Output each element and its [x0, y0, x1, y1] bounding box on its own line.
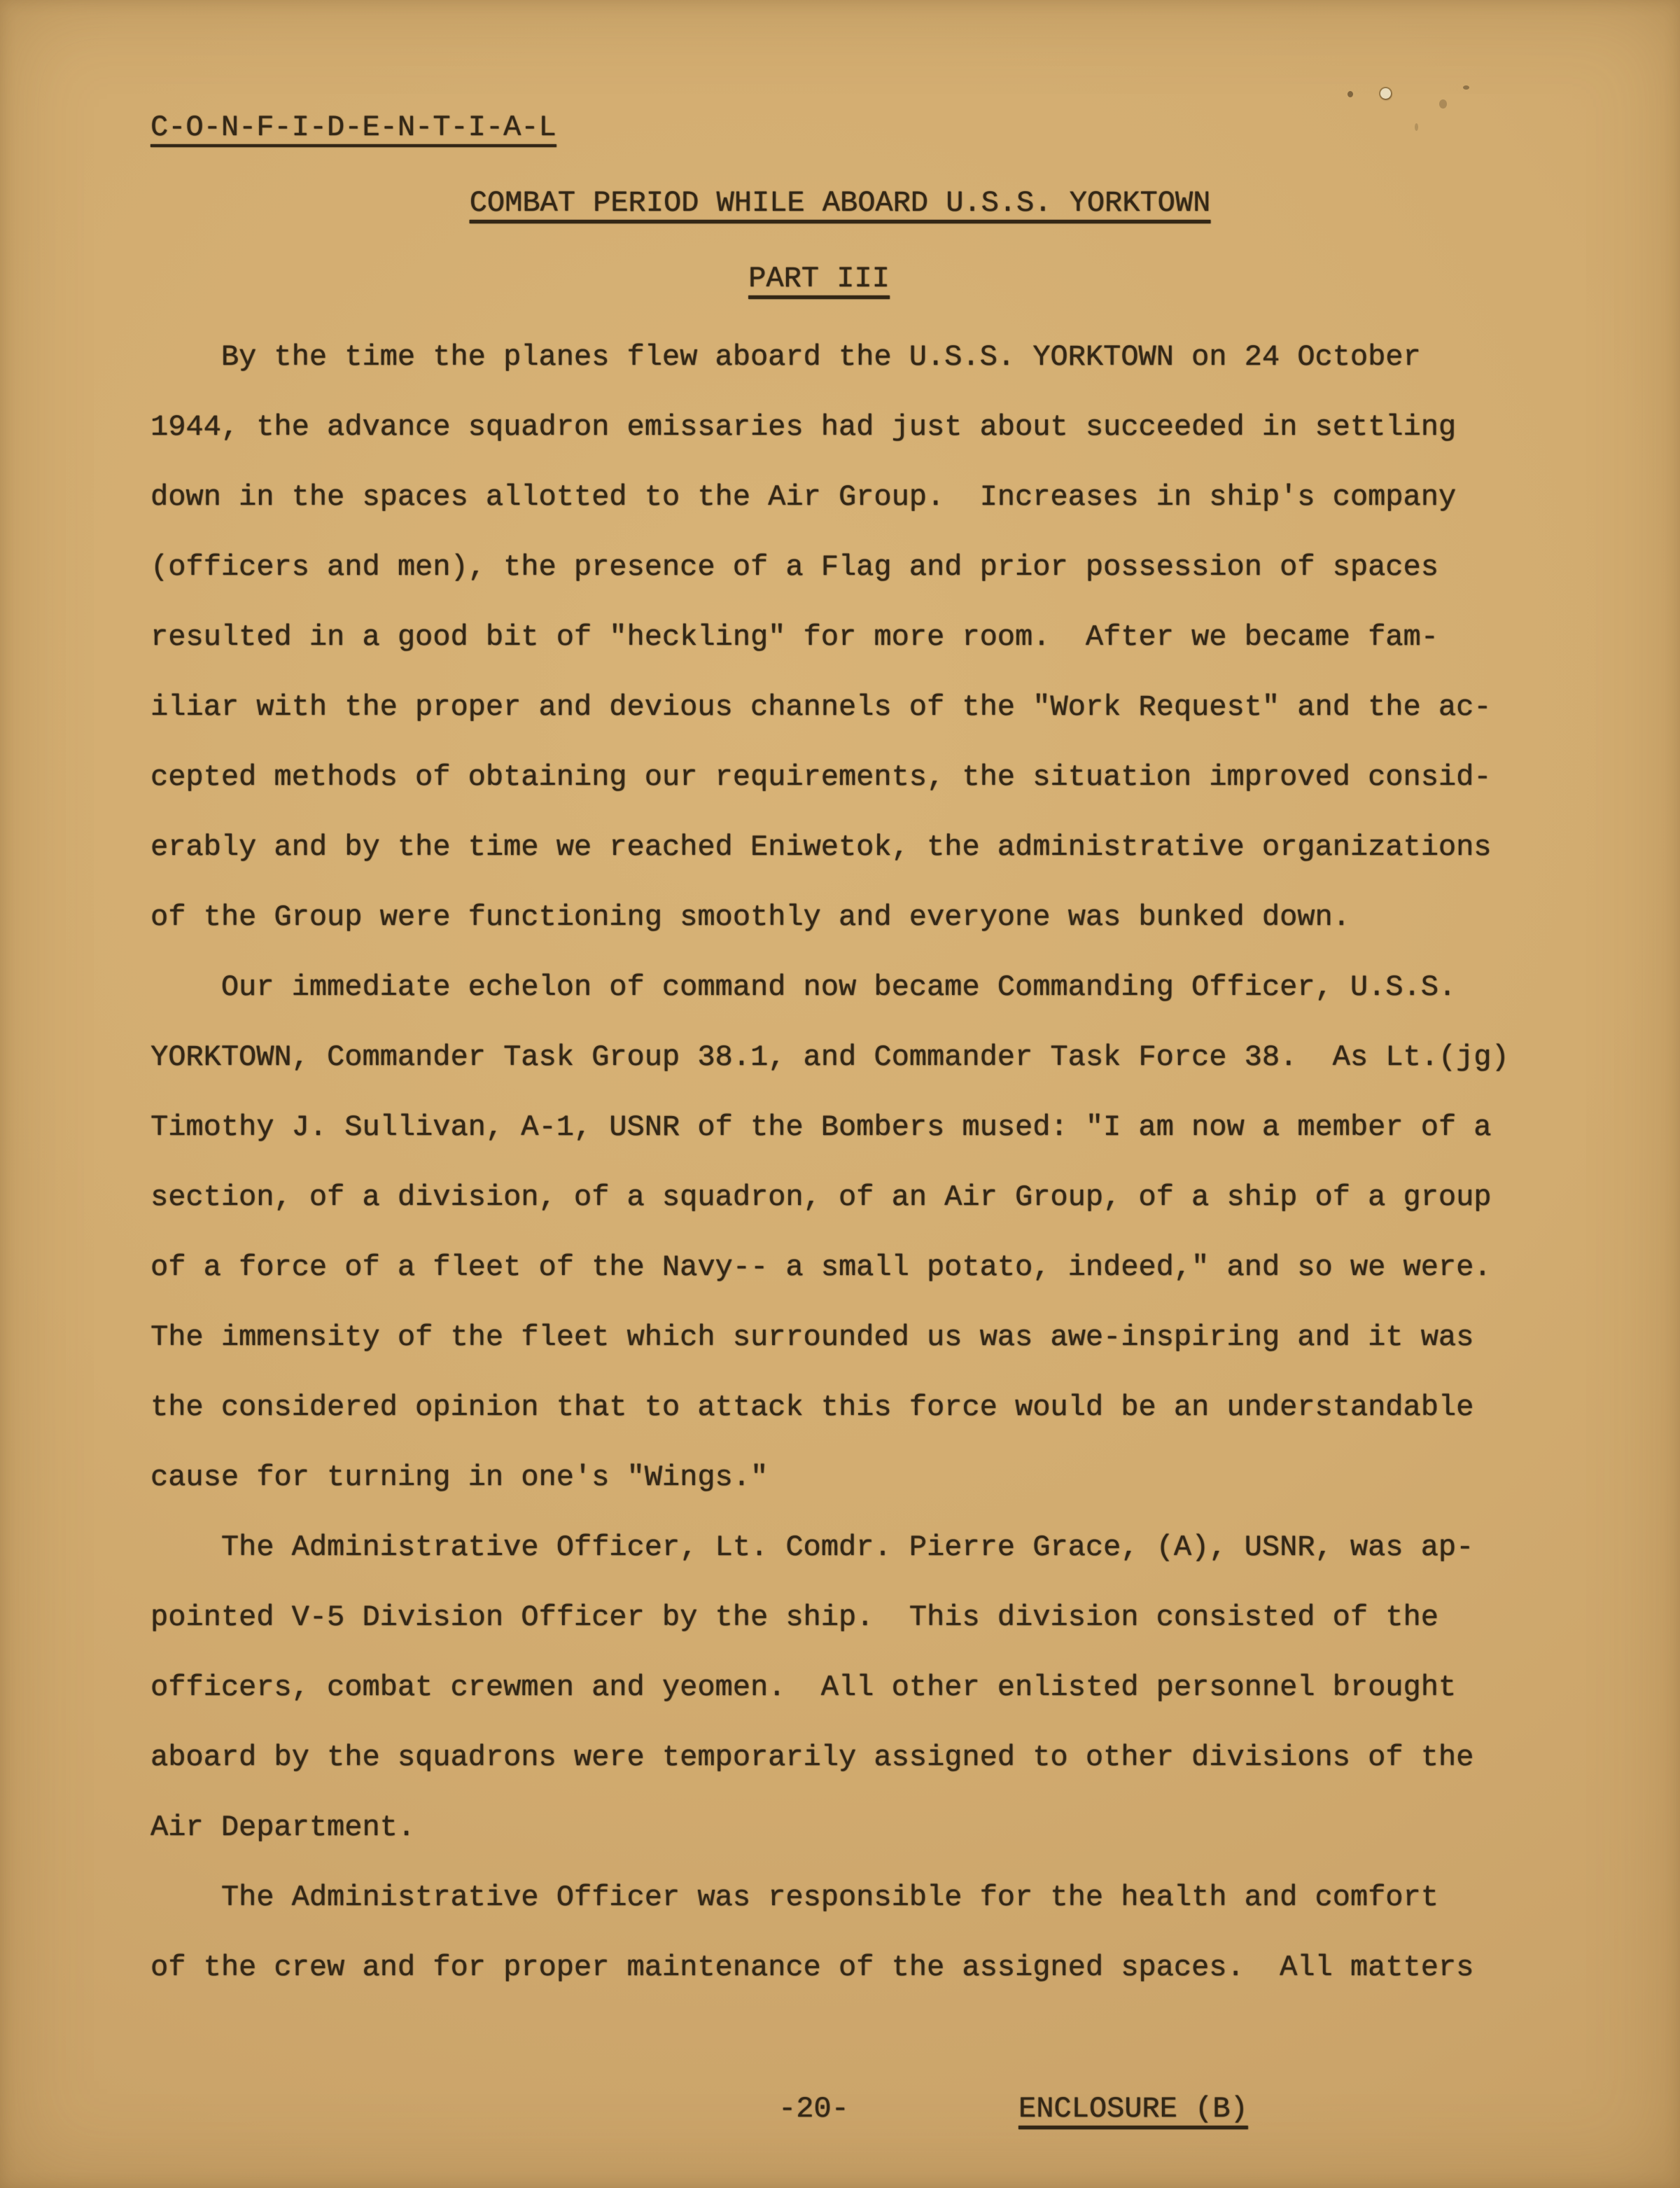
body-line: pointed V-5 Division Officer by the ship…: [150, 1582, 1550, 1652]
body-line: Our immediate echelon of command now bec…: [150, 952, 1550, 1022]
body-line: down in the spaces allotted to the Air G…: [150, 462, 1550, 532]
body-line: section, of a division, of a squadron, o…: [150, 1162, 1550, 1232]
paper-speck: [1439, 99, 1447, 109]
body-line: The immensity of the fleet which surroun…: [150, 1302, 1550, 1372]
body-line: of the crew and for proper maintenance o…: [150, 1932, 1550, 2002]
body-line: iliar with the proper and devious channe…: [150, 672, 1550, 742]
body-line: cause for turning in one's "Wings.": [150, 1442, 1550, 1512]
body-line: YORKTOWN, Commander Task Group 38.1, and…: [150, 1022, 1550, 1092]
title-row: COMBAT PERIOD WHILE ABOARD U.S.S. YORKTO…: [0, 186, 1680, 220]
body-line: The Administrative Officer, Lt. Comdr. P…: [150, 1512, 1550, 1582]
body-line: of a force of a fleet of the Navy-- a sm…: [150, 1232, 1550, 1302]
body-line: 1944, the advance squadron emissaries ha…: [150, 392, 1550, 462]
body-line: Timothy J. Sullivan, A-1, USNR of the Bo…: [150, 1092, 1550, 1162]
body-line: (officers and men), the presence of a Fl…: [150, 532, 1550, 602]
body-line: The Administrative Officer was responsib…: [150, 1862, 1550, 1932]
body-line: aboard by the squadrons were temporarily…: [150, 1722, 1550, 1792]
classification-banner: C-O-N-F-I-D-E-N-T-I-A-L: [150, 111, 556, 144]
body-line: By the time the planes flew aboard the U…: [150, 322, 1550, 392]
page-number: -20-: [778, 2074, 849, 2144]
page-footer: -20- ENCLOSURE (B): [0, 2074, 1680, 2144]
body-line: the considered opinion that to attack th…: [150, 1372, 1550, 1442]
document-page: C-O-N-F-I-D-E-N-T-I-A-L COMBAT PERIOD WH…: [0, 0, 1680, 2188]
body-line: officers, combat crewmen and yeomen. All…: [150, 1652, 1550, 1722]
body-line: resulted in a good bit of "heckling" for…: [150, 602, 1550, 672]
body-line: of the Group were functioning smoothly a…: [150, 882, 1550, 952]
body-line: Air Department.: [150, 1792, 1550, 1862]
document-body: By the time the planes flew aboard the U…: [150, 322, 1550, 2002]
part-heading: PART III: [748, 262, 890, 295]
body-line: erably and by the time we reached Eniwet…: [150, 812, 1550, 882]
paper-speck: [1415, 123, 1418, 131]
paper-speck: [1347, 91, 1353, 97]
staple-hole-mark: [1380, 88, 1391, 99]
document-title: COMBAT PERIOD WHILE ABOARD U.S.S. YORKTO…: [470, 186, 1211, 220]
subtitle-row: PART III: [0, 262, 1638, 295]
paper-speck: [1463, 85, 1469, 90]
enclosure-label: ENCLOSURE (B): [1018, 2074, 1248, 2144]
body-line: cepted methods of obtaining our requirem…: [150, 742, 1550, 812]
